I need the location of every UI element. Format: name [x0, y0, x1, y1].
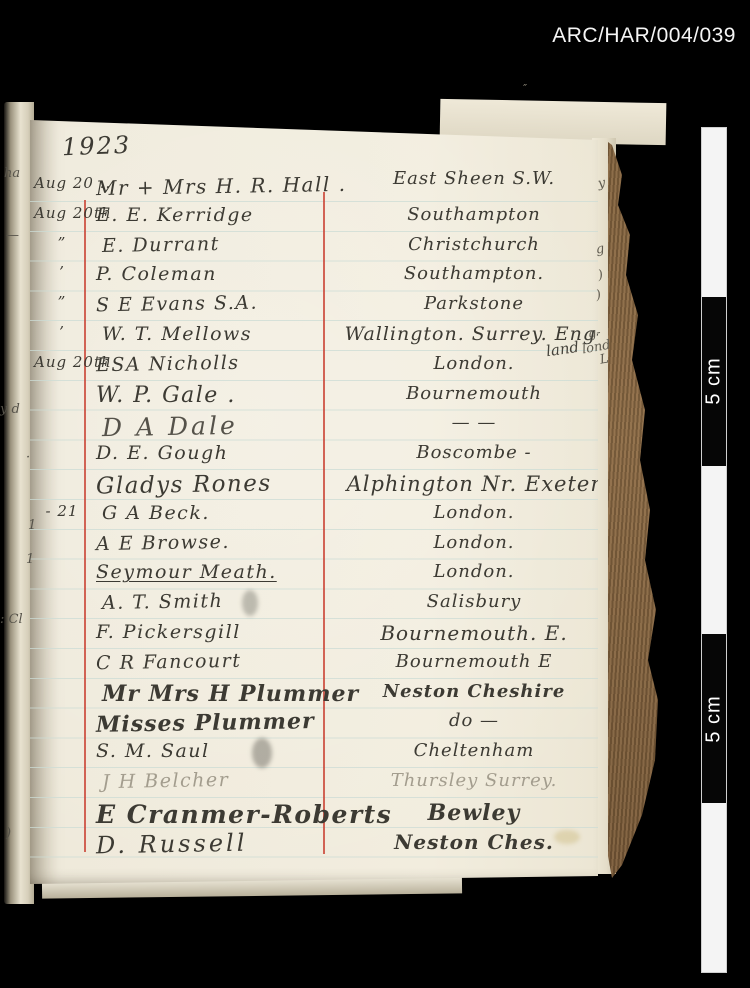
register-row: E Cranmer-RobertsBewley — [30, 800, 598, 830]
entry-signature: Gladys Rones — [96, 470, 272, 499]
register-row: C R FancourtBournemouth E — [30, 651, 598, 681]
register-row: Misses Plummerdo — — [30, 710, 598, 740]
register-row: Mr Mrs H PlummerNeston Cheshire — [30, 681, 598, 711]
entry-place: Bewley — [330, 800, 618, 826]
entry-place: Cheltenham — [330, 740, 618, 761]
handwriting-fragment: : Cl — [0, 612, 23, 627]
register-row: Gladys RonesAlphington Nr. Exeter — [30, 472, 598, 502]
handwriting-fragment: ha — [4, 166, 20, 181]
entry-signature: E. E. Kerridge — [96, 204, 254, 226]
register-row: ’P. ColemanSouthampton. — [30, 263, 598, 293]
register-row: W. P. Gale .Bournemouth — [30, 383, 598, 413]
entry-place: Southampton — [330, 204, 618, 225]
register-row: Seymour Meath.London. — [30, 561, 598, 591]
ink-smudge — [252, 738, 272, 768]
scale-bar-segment: 5 cm — [702, 634, 726, 803]
entry-place: Bournemouth E — [330, 651, 618, 672]
entry-signature: Misses Plummer — [96, 708, 315, 738]
torn-cardboard-backing — [600, 138, 666, 885]
scale-bar: 5 cm 5 cm — [701, 127, 727, 973]
scale-bar-label: 5 cm — [703, 358, 726, 405]
entry-signature: Mr + Mrs H. R. Hall . — [96, 172, 347, 200]
book-left-pages-edge — [4, 102, 34, 904]
register-row: ”S E Evans S.A.Parkstone — [30, 293, 598, 323]
entry-place: Bournemouth — [330, 383, 618, 404]
entry-place: London. — [330, 502, 618, 523]
entry-signature: A. T. Smith — [102, 590, 224, 614]
entry-signature: D. E. Gough — [96, 442, 228, 464]
register-row: F. PickersgillBournemouth. E. — [30, 621, 598, 651]
entry-date: ’ — [34, 323, 90, 341]
handwriting-fragment: ″ — [523, 82, 527, 95]
entry-place: East Sheen S.W. — [330, 168, 618, 189]
entry-place: do — — [330, 710, 618, 731]
entry-place: Christchurch — [330, 234, 618, 255]
entry-signature: W. P. Gale . — [96, 383, 236, 408]
entry-signature: A E Browse. — [96, 530, 230, 554]
entry-place: London. — [330, 532, 618, 553]
handwriting-fragment: 1 — [28, 518, 36, 533]
scale-bar-segment — [702, 466, 726, 635]
register-row: J H BelcherThursley Surrey. — [30, 770, 598, 800]
entry-place: Alphington Nr. Exeter — [330, 472, 618, 496]
entry-date: ” — [34, 293, 90, 311]
entry-signature: P. Coleman — [96, 263, 217, 285]
entry-signature: E. Durrant — [102, 233, 220, 257]
entry-signature: D A Dale — [102, 411, 238, 442]
entry-place: Thursley Surrey. — [330, 770, 618, 791]
register-row: - 21G A Beck.London. — [30, 502, 598, 532]
register-row: A E Browse.London. — [30, 532, 598, 562]
ink-smudge — [242, 590, 258, 616]
register-row: Aug 20thESA NichollsLondon. — [30, 353, 598, 383]
entry-signature: S E Evans S.A. — [96, 292, 258, 317]
handwriting-fragment: — — [6, 228, 19, 243]
photo-stage: ARC/HAR/004/039 1923 Aug 20 ..Mr + Mrs H… — [0, 0, 750, 988]
register-page: 1923 Aug 20 ..Mr + Mrs H. R. Hall .East … — [30, 112, 598, 884]
scale-bar-segment: 5 cm — [702, 297, 726, 466]
entry-place: Salisbury — [330, 591, 618, 612]
scale-bar-segment — [702, 803, 726, 972]
year-heading: 1923 — [62, 131, 132, 161]
entry-place: Bournemouth. E. — [330, 621, 618, 645]
entry-signature: Seymour Meath. — [96, 561, 277, 583]
entry-place: Neston Cheshire — [330, 681, 618, 702]
entry-signature: S. M. Saul — [96, 740, 210, 762]
entry-signature: D. Russell — [96, 828, 248, 859]
entry-signature: W. T. Mellows — [102, 323, 252, 345]
register-row: Aug 20 ..Mr + Mrs H. R. Hall .East Sheen… — [30, 174, 598, 204]
entry-place: London. — [330, 561, 618, 582]
entry-place: — — — [330, 412, 618, 433]
entry-signature: J H Belcher — [102, 769, 230, 793]
paper-stain — [554, 830, 580, 844]
entry-signature: F. Pickersgill — [96, 621, 241, 643]
entry-signature: Mr Mrs H Plummer — [102, 681, 359, 707]
register-row: D. E. GoughBoscombe - — [30, 442, 598, 472]
entry-place: Southampton. — [330, 263, 618, 284]
register-row: D A Dale— — — [30, 412, 598, 442]
handwriting-fragment: L — [599, 351, 610, 367]
register-row: D. RussellNeston Ches. — [30, 830, 598, 860]
scale-bar-label: 5 cm — [703, 695, 726, 742]
entry-date: ” — [34, 234, 90, 252]
handwriting-fragment: 1 — [26, 552, 34, 567]
entry-date: Aug 20th — [34, 204, 90, 222]
handwriting-fragment: · — [26, 450, 30, 465]
entry-date: - 21 — [34, 502, 90, 520]
entry-signature: G A Beck. — [102, 502, 210, 524]
scale-bar-segment — [702, 128, 726, 297]
entry-date: Aug 20 .. — [34, 174, 90, 192]
entry-place: Boscombe - — [330, 442, 618, 463]
entry-date: ’ — [34, 263, 90, 281]
archive-reference-label: ARC/HAR/004/039 — [552, 24, 736, 48]
handwriting-fragment: ) — [6, 826, 11, 841]
entry-date: Aug 20th — [34, 353, 90, 371]
register-row: ’W. T. MellowsWallington. Surrey. Eng- — [30, 323, 598, 353]
register-row: S. M. SaulCheltenham — [30, 740, 598, 770]
register-row: ”E. DurrantChristchurch — [30, 234, 598, 264]
entry-signature: C R Fancourt — [96, 650, 242, 675]
entry-signature: ESA Nicholls — [96, 352, 240, 377]
register-row: A. T. SmithSalisbury — [30, 591, 598, 621]
register-row: Aug 20thE. E. KerridgeSouthampton — [30, 204, 598, 234]
handwriting-fragment: y d — [0, 402, 20, 417]
entry-place: Parkstone — [330, 293, 618, 314]
